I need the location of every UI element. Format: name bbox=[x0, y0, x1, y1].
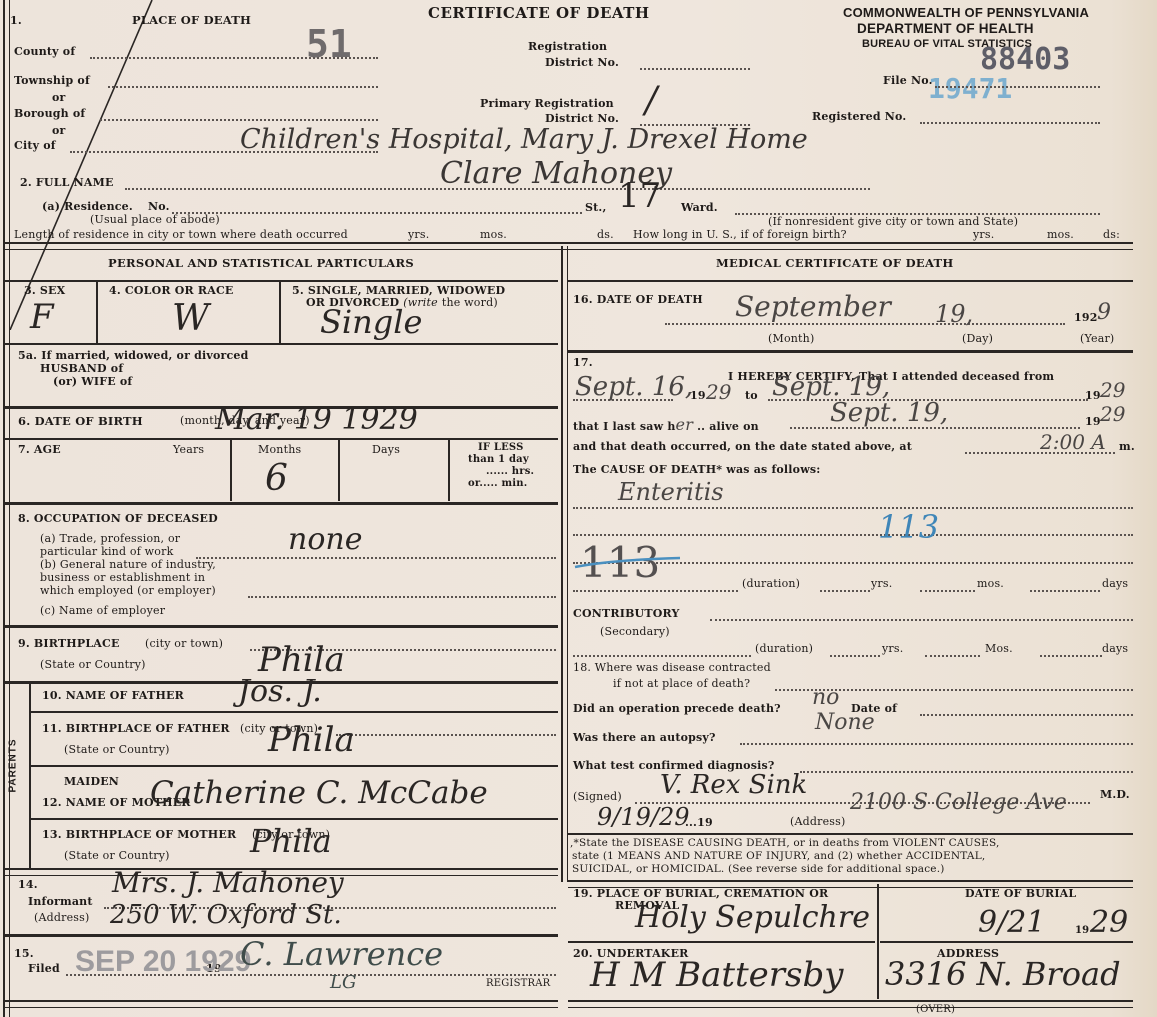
less-than-day-1: IF LESS bbox=[478, 442, 524, 453]
registration-label: Registration bbox=[528, 40, 607, 53]
divider bbox=[568, 280, 1133, 282]
color-race-value: W bbox=[172, 298, 209, 339]
maiden-label: MAIDEN bbox=[64, 775, 119, 788]
informant-address-label: (Address) bbox=[34, 911, 89, 924]
last-saw-text: that I last saw h bbox=[573, 420, 676, 433]
less-than-day-2: than 1 day bbox=[468, 454, 529, 465]
burial-place-label-1: 19. PLACE OF BURIAL, CREMATION OR bbox=[573, 887, 828, 900]
divider bbox=[568, 833, 1133, 835]
date-of-death-label: 16. DATE OF DEATH bbox=[573, 293, 703, 306]
less-than-day-4: or..... min. bbox=[468, 478, 527, 489]
date-of-death-day: 19, bbox=[935, 300, 973, 328]
file-no-field[interactable] bbox=[935, 86, 1100, 88]
filed-number: 15. bbox=[14, 947, 34, 960]
date-of-death-year-prefix: 192 bbox=[1074, 311, 1098, 324]
or-label-2: or bbox=[52, 124, 66, 137]
contributory-label: CONTRIBUTORY bbox=[573, 607, 680, 620]
alive-on-text: alive on bbox=[709, 420, 759, 433]
death-time-label: and that death occurred, on the date sta… bbox=[573, 440, 912, 453]
date-of-death-month: September bbox=[735, 290, 891, 323]
month-hint: (Month) bbox=[768, 332, 814, 345]
operation-value: no bbox=[812, 685, 839, 710]
duration-1-mos-field[interactable] bbox=[920, 590, 975, 592]
contracted-label-2: if not at place of death? bbox=[613, 677, 750, 690]
duration-1-days: days bbox=[1102, 577, 1128, 590]
duration-2-field[interactable] bbox=[573, 655, 751, 657]
occupation-label: 8. OCCUPATION OF DECEASED bbox=[18, 512, 218, 525]
operation-label: Did an operation precede death? bbox=[573, 702, 781, 715]
filed-date-stamp: SEP 20 1929 bbox=[75, 945, 251, 979]
divider bbox=[96, 281, 98, 343]
duration-1-yrs: yrs. bbox=[871, 577, 892, 590]
sex-label: 3. SEX bbox=[24, 284, 65, 297]
spouse-label-1: 5a. If married, widowed, or divorced bbox=[18, 349, 248, 362]
length-ds: ds. bbox=[597, 228, 614, 241]
divider bbox=[279, 281, 281, 343]
occupation-c: (c) Name of employer bbox=[40, 604, 165, 617]
dob-label: 6. DATE OF BIRTH bbox=[18, 414, 143, 428]
autopsy-field[interactable] bbox=[740, 743, 1133, 745]
divider bbox=[338, 439, 340, 501]
duration-2-mos-field[interactable] bbox=[925, 655, 980, 657]
undertaker-value: H M Battersby bbox=[590, 955, 843, 995]
birthplace-label: 9. BIRTHPLACE bbox=[18, 637, 120, 650]
occupation-b-1: (b) General nature of industry, bbox=[40, 558, 216, 571]
last-saw-year-prefix: 19 bbox=[1085, 415, 1101, 428]
primary-district-value: / bbox=[645, 80, 657, 121]
county-field[interactable] bbox=[90, 57, 378, 59]
foreign-yrs: yrs. bbox=[973, 228, 994, 241]
father-birthplace-label: 11. BIRTHPLACE OF FATHER bbox=[42, 722, 230, 735]
township-field[interactable] bbox=[108, 86, 378, 88]
center-divider bbox=[561, 246, 568, 882]
residence-no-field[interactable] bbox=[172, 212, 582, 214]
filed-label: Filed bbox=[28, 962, 60, 975]
duration-1-label: (duration) bbox=[742, 577, 800, 590]
mother-birthplace-value: Phila bbox=[250, 822, 332, 860]
foreign-mos: mos. bbox=[1047, 228, 1074, 241]
registrar-label: REGISTRAR bbox=[486, 978, 550, 989]
last-saw-pronoun: er bbox=[676, 415, 694, 434]
street-label: St., bbox=[585, 201, 606, 214]
cause-of-death-value: Enteritis bbox=[618, 478, 724, 506]
duration-2-days-field[interactable] bbox=[1040, 655, 1102, 657]
mother-birthplace-label: 13. BIRTHPLACE OF MOTHER bbox=[42, 828, 236, 841]
cause-code-blue: 113 bbox=[878, 508, 939, 546]
borough-label: Borough of bbox=[14, 107, 85, 120]
divider bbox=[5, 343, 558, 345]
signed-label: (Signed) bbox=[573, 790, 622, 803]
spouse-label-2: HUSBAND of bbox=[40, 362, 123, 375]
cause-code-strike bbox=[570, 552, 690, 572]
autopsy-label: Was there an autopsy? bbox=[573, 731, 716, 744]
less-than-day-3: ...... hrs. bbox=[486, 466, 534, 477]
occupation-b-2: business or establishment in bbox=[40, 571, 205, 584]
cause-note-2: state (1 MEANS AND NATURE OF INJURY, and… bbox=[572, 850, 985, 862]
occupation-a-1: (a) Trade, profession, or bbox=[40, 532, 180, 545]
file-no-label: File No. bbox=[883, 74, 933, 87]
divider bbox=[5, 625, 558, 628]
divider bbox=[448, 439, 450, 501]
length-mos: mos. bbox=[480, 228, 507, 241]
registrar-initials: LG bbox=[330, 972, 356, 993]
cause-line-2[interactable] bbox=[573, 534, 1133, 536]
divider bbox=[30, 711, 558, 713]
physician-address-label: (Address) bbox=[790, 815, 845, 828]
color-race-label: 4. COLOR OR RACE bbox=[109, 284, 234, 297]
burial-date-19: 19 bbox=[1075, 925, 1089, 936]
commonwealth-heading: COMMONWEALTH OF PENNSYLVANIA bbox=[843, 5, 1089, 20]
death-time-m: m. bbox=[1119, 440, 1135, 453]
age-label: 7. AGE bbox=[18, 443, 61, 456]
county-label: County of bbox=[14, 45, 75, 58]
foreign-birth-label: How long in U. S., if of foreign birth? bbox=[633, 228, 847, 241]
personal-particulars-heading: PERSONAL AND STATISTICAL PARTICULARS bbox=[108, 256, 414, 270]
registrar-signature: C. Lawrence bbox=[240, 935, 443, 973]
divider bbox=[877, 884, 879, 999]
date-of-death-field[interactable] bbox=[665, 323, 1065, 325]
cause-note-3: SUICIDAL, or HOMICIDAL. (See reverse sid… bbox=[572, 863, 945, 875]
full-name-label: 2. FULL NAME bbox=[20, 176, 114, 189]
last-saw-year-suffix: 29 bbox=[1100, 402, 1125, 426]
district-no-label: District No. bbox=[545, 56, 619, 69]
day-hint: (Day) bbox=[962, 332, 993, 345]
divider bbox=[568, 1000, 1133, 1008]
cause-line-1[interactable] bbox=[573, 507, 1133, 509]
township-label: Township of bbox=[14, 74, 90, 87]
item-17: 17. bbox=[573, 356, 593, 369]
residence-label: (a) Residence. bbox=[42, 200, 133, 213]
attended-from-value: Sept. 16, bbox=[575, 372, 693, 402]
or-label-1: or bbox=[52, 91, 66, 104]
burial-place-value: Holy Sepulchre bbox=[635, 900, 870, 935]
death-time-value: 2:00 A bbox=[1040, 430, 1106, 454]
contributory-field[interactable] bbox=[710, 619, 1133, 621]
registered-no-label: Registered No. bbox=[812, 110, 906, 123]
from-year-prefix: 19 bbox=[690, 389, 706, 402]
secondary-label: (Secondary) bbox=[600, 625, 670, 638]
age-months-value: 6 bbox=[265, 458, 288, 499]
divider bbox=[30, 765, 558, 767]
informant-address-value: 250 W. Oxford St. bbox=[110, 900, 342, 930]
primary-district-no-field[interactable] bbox=[640, 124, 750, 126]
burial-date-label: DATE OF BURIAL bbox=[965, 887, 1076, 900]
duration-1-field[interactable] bbox=[573, 590, 738, 592]
last-saw-label: that I last saw her .. alive on bbox=[573, 415, 759, 434]
divider bbox=[5, 280, 558, 282]
signed-date-19: ...19 bbox=[685, 816, 713, 829]
birthplace-hint: (city or town) bbox=[145, 637, 223, 650]
parents-label: PARENTS bbox=[8, 738, 19, 792]
primary-registration-label: Primary Registration bbox=[480, 97, 614, 110]
md-label: M.D. bbox=[1100, 788, 1130, 801]
divider bbox=[230, 439, 232, 501]
duration-2-yrs-field[interactable] bbox=[830, 655, 880, 657]
mother-name-value: Catherine C. McCabe bbox=[150, 775, 488, 811]
medical-certificate-heading: MEDICAL CERTIFICATE OF DEATH bbox=[716, 256, 954, 270]
death-certificate: 1. PLACE OF DEATH CERTIFICATE OF DEATH C… bbox=[0, 0, 1157, 1017]
cause-note-1: ,*State the DISEASE CAUSING DEATH, or in… bbox=[570, 837, 1000, 849]
to-year-prefix: 19 bbox=[1085, 389, 1101, 402]
from-year-suffix: 29 bbox=[706, 380, 731, 404]
year-hint: (Year) bbox=[1080, 332, 1114, 345]
age-years-label: Years bbox=[173, 443, 204, 456]
undertaker-address-value: 3316 N. Broad bbox=[885, 955, 1121, 993]
marital-status-value: Single bbox=[320, 303, 422, 341]
duration-1-days-field[interactable] bbox=[1030, 590, 1100, 592]
burial-date-value: 9/21 bbox=[978, 905, 1045, 940]
duration-1-yrs-field[interactable] bbox=[820, 590, 870, 592]
divider bbox=[5, 502, 558, 505]
father-birthplace-state: (State or Country) bbox=[64, 743, 170, 756]
place-of-death-heading: PLACE OF DEATH bbox=[132, 13, 251, 27]
department-heading: DEPARTMENT OF HEALTH bbox=[857, 21, 1034, 36]
length-of-residence-label: Length of residence in city or town wher… bbox=[14, 228, 348, 241]
registered-no-field[interactable] bbox=[920, 122, 1100, 124]
test-diagnosis-field[interactable] bbox=[800, 771, 1133, 773]
duration-2-days: days bbox=[1102, 642, 1128, 655]
place-of-death-value: Children's Hospital, Mary J. Drexel Home bbox=[240, 124, 808, 155]
usual-abode-note: (Usual place of abode) bbox=[90, 213, 220, 226]
physician-address-value: 2100 S College Ave bbox=[850, 790, 1067, 815]
cause-of-death-label: The CAUSE OF DEATH* was as follows: bbox=[573, 463, 821, 476]
occupation-value: none bbox=[288, 522, 362, 557]
district-no-field[interactable] bbox=[640, 68, 750, 70]
street-value: 17 bbox=[618, 176, 661, 216]
occupation-a-2: particular kind of work bbox=[40, 545, 173, 558]
signed-date-value: 9/19/29 bbox=[597, 803, 690, 831]
duration-2-yrs: yrs. bbox=[882, 642, 903, 655]
primary-district-no-label: District No. bbox=[545, 112, 619, 125]
borough-field[interactable] bbox=[100, 119, 378, 121]
duration-2-mos: Mos. bbox=[985, 642, 1013, 655]
informant-value: Mrs. J. Mahoney bbox=[112, 866, 344, 899]
divider bbox=[5, 438, 558, 440]
age-days-label: Days bbox=[372, 443, 400, 456]
item-number-1: 1. bbox=[10, 14, 22, 27]
mother-birthplace-state: (State or Country) bbox=[64, 849, 170, 862]
father-birthplace-value: Phila bbox=[268, 720, 355, 760]
registered-number-stamp: 19471 bbox=[928, 72, 1012, 105]
divider bbox=[568, 350, 1133, 353]
divider bbox=[880, 941, 1133, 943]
header-divider bbox=[5, 242, 1133, 250]
occupation-b-3: which employed (or employer) bbox=[40, 584, 216, 597]
father-name-value: Jos. J. bbox=[238, 674, 322, 709]
dob-value: Mar. 19 1929 bbox=[215, 402, 418, 437]
to-label: to bbox=[745, 389, 758, 402]
autopsy-value: None bbox=[815, 710, 875, 735]
father-name-label: 10. NAME OF FATHER bbox=[42, 689, 184, 702]
to-year-suffix: 29 bbox=[1100, 378, 1125, 402]
occupation-trade-field[interactable] bbox=[196, 557, 556, 559]
divider bbox=[30, 818, 558, 820]
duration-1-mos: mos. bbox=[977, 577, 1004, 590]
certificate-title: CERTIFICATE OF DEATH bbox=[428, 4, 650, 22]
nonresident-note: (If nonresident give city or town and St… bbox=[768, 215, 1018, 228]
birthplace-state: (State or Country) bbox=[40, 658, 146, 671]
father-birthplace-field[interactable] bbox=[336, 734, 556, 736]
informant-number: 14. bbox=[18, 878, 38, 891]
ward-label: Ward. bbox=[681, 201, 718, 214]
sex-value: F bbox=[30, 297, 54, 337]
residence-no-label: No. bbox=[148, 200, 170, 213]
last-saw-value: Sept. 19, bbox=[830, 398, 948, 428]
divider bbox=[5, 1000, 558, 1008]
age-months-label: Months bbox=[258, 443, 301, 456]
operation-date-field[interactable] bbox=[920, 714, 1133, 716]
signed-value: V. Rex Sink bbox=[660, 770, 807, 800]
city-label: City of bbox=[14, 139, 56, 152]
occupation-industry-field[interactable] bbox=[248, 596, 556, 598]
informant-label: Informant bbox=[28, 895, 93, 908]
contracted-label-1: 18. Where was disease contracted bbox=[573, 661, 771, 674]
burial-date-year-suffix: 29 bbox=[1090, 905, 1128, 940]
date-of-death-year-suffix: 9 bbox=[1097, 300, 1111, 325]
spouse-label-3: (or) WIFE of bbox=[53, 375, 132, 388]
district-stamp: 51 bbox=[306, 22, 352, 66]
foreign-ds: ds: bbox=[1103, 228, 1120, 241]
marital-the-word: the word) bbox=[442, 296, 498, 309]
divider bbox=[568, 941, 875, 943]
over-label: (OVER) bbox=[916, 1004, 955, 1015]
length-yrs: yrs. bbox=[408, 228, 429, 241]
duration-2-label: (duration) bbox=[755, 642, 813, 655]
